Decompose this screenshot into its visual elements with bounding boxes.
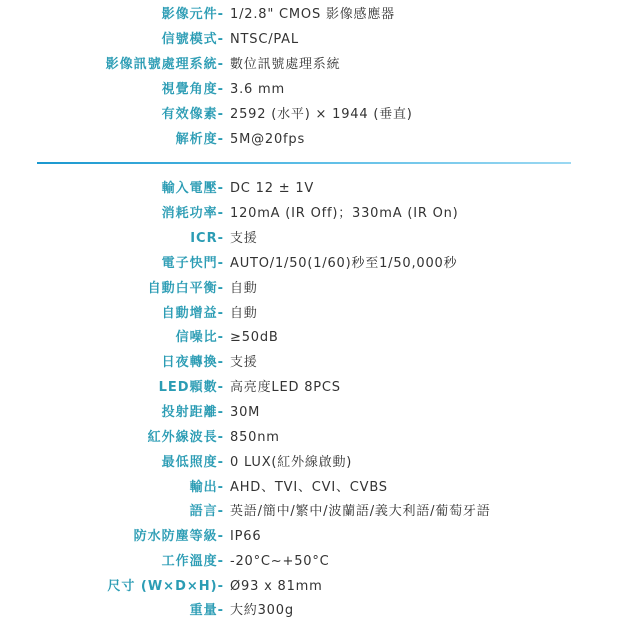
spec-label: 信噪比- xyxy=(176,328,224,348)
spec-label: LED顆數- xyxy=(159,378,224,398)
spec-value: 支援 xyxy=(230,229,258,249)
spec-row-output: 輸出- AHD、TVI、CVI、CVBS xyxy=(0,478,620,498)
spec-value: 120mA (IR Off)；330mA (IR On) xyxy=(230,204,459,224)
spec-label: 影像訊號處理系統- xyxy=(106,55,224,75)
spec-row-led-count: LED顆數- 高亮度LED 8PCS xyxy=(0,378,620,398)
spec-row-white-balance: 自動白平衡- 自動 xyxy=(0,279,620,299)
spec-value: DC 12 ± 1V xyxy=(230,179,314,199)
spec-row-signal-processing: 影像訊號處理系統- 數位訊號處理系統 xyxy=(0,55,620,75)
spec-value: 英語/簡中/繁中/波蘭語/義大利語/葡萄牙語 xyxy=(230,502,491,522)
spec-label: 日夜轉換- xyxy=(162,353,224,373)
spec-label: 解析度- xyxy=(176,130,224,150)
spec-value: 支援 xyxy=(230,353,258,373)
spec-label: 自動白平衡- xyxy=(148,279,224,299)
spec-row-ip-rating: 防水防塵等級- IP66 xyxy=(0,527,620,547)
section-divider xyxy=(37,162,571,164)
spec-value: 2592 (水平) × 1944 (垂直) xyxy=(230,105,413,125)
spec-label: 語言- xyxy=(190,502,224,522)
spec-label: 重量- xyxy=(190,601,224,620)
spec-value: 1/2.8" CMOS 影像感應器 xyxy=(230,5,395,25)
spec-row-language: 語言- 英語/簡中/繁中/波蘭語/義大利語/葡萄牙語 xyxy=(0,502,620,522)
spec-row-day-night: 日夜轉換- 支援 xyxy=(0,353,620,373)
spec-value: 30M xyxy=(230,403,260,423)
spec-value: AHD、TVI、CVI、CVBS xyxy=(230,478,388,498)
spec-row-dimensions: 尺寸 (W×D×H)- Ø93 x 81mm xyxy=(0,577,620,597)
spec-row-signal-mode: 信號模式- NTSC/PAL xyxy=(0,30,620,50)
spec-value: 0 LUX(紅外線啟動) xyxy=(230,453,352,473)
spec-value: IP66 xyxy=(230,527,261,547)
spec-row-icr: ICR- 支援 xyxy=(0,229,620,249)
spec-row-effective-pixels: 有效像素- 2592 (水平) × 1944 (垂直) xyxy=(0,105,620,125)
spec-label: 自動增益- xyxy=(162,304,224,324)
spec-row-snr: 信噪比- ≥50dB xyxy=(0,328,620,348)
spec-row-input-voltage: 輸入電壓- DC 12 ± 1V xyxy=(0,179,620,199)
spec-label: 輸入電壓- xyxy=(162,179,224,199)
spec-value: 數位訊號處理系統 xyxy=(230,55,340,75)
spec-label: 紅外線波長- xyxy=(148,428,224,448)
spec-label: 投射距離- xyxy=(162,403,224,423)
spec-row-image-sensor: 影像元件- 1/2.8" CMOS 影像感應器 xyxy=(0,5,620,25)
spec-value: AUTO/1/50(1/60)秒至1/50,000秒 xyxy=(230,254,457,274)
spec-label: 信號模式- xyxy=(162,30,224,50)
spec-value: ≥50dB xyxy=(230,328,279,348)
spec-label: 輸出- xyxy=(190,478,224,498)
spec-value: -20°C~+50°C xyxy=(230,552,330,572)
spec-label: ICR- xyxy=(190,229,224,249)
spec-label: 防水防塵等級- xyxy=(134,527,224,547)
spec-label: 電子快門- xyxy=(162,254,224,274)
spec-label: 最低照度- xyxy=(162,453,224,473)
spec-value: 大約300g xyxy=(230,601,294,620)
spec-label: 視覺角度- xyxy=(162,80,224,100)
spec-value: NTSC/PAL xyxy=(230,30,299,50)
spec-value: 高亮度LED 8PCS xyxy=(230,378,341,398)
spec-value: 5M@20fps xyxy=(230,130,305,150)
spec-label: 有效像素- xyxy=(162,105,224,125)
spec-label: 影像元件- xyxy=(162,5,224,25)
spec-row-ir-wavelength: 紅外線波長- 850nm xyxy=(0,428,620,448)
spec-value: 自動 xyxy=(230,304,258,324)
spec-row-resolution: 解析度- 5M@20fps xyxy=(0,130,620,150)
spec-value: Ø93 x 81mm xyxy=(230,577,323,597)
spec-row-weight: 重量- 大約300g xyxy=(0,601,620,620)
spec-row-view-angle: 視覺角度- 3.6 mm xyxy=(0,80,620,100)
spec-value: 850nm xyxy=(230,428,280,448)
spec-row-auto-gain: 自動增益- 自動 xyxy=(0,304,620,324)
spec-value: 自動 xyxy=(230,279,258,299)
spec-label: 工作溫度- xyxy=(162,552,224,572)
spec-value: 3.6 mm xyxy=(230,80,285,100)
spec-label: 尺寸 (W×D×H)- xyxy=(107,577,224,597)
spec-row-operating-temp: 工作溫度- -20°C~+50°C xyxy=(0,552,620,572)
spec-label: 消耗功率- xyxy=(162,204,224,224)
spec-row-shutter: 電子快門- AUTO/1/50(1/60)秒至1/50,000秒 xyxy=(0,254,620,274)
spec-row-power-consumption: 消耗功率- 120mA (IR Off)；330mA (IR On) xyxy=(0,204,620,224)
spec-row-ir-distance: 投射距離- 30M xyxy=(0,403,620,423)
spec-row-min-illumination: 最低照度- 0 LUX(紅外線啟動) xyxy=(0,453,620,473)
